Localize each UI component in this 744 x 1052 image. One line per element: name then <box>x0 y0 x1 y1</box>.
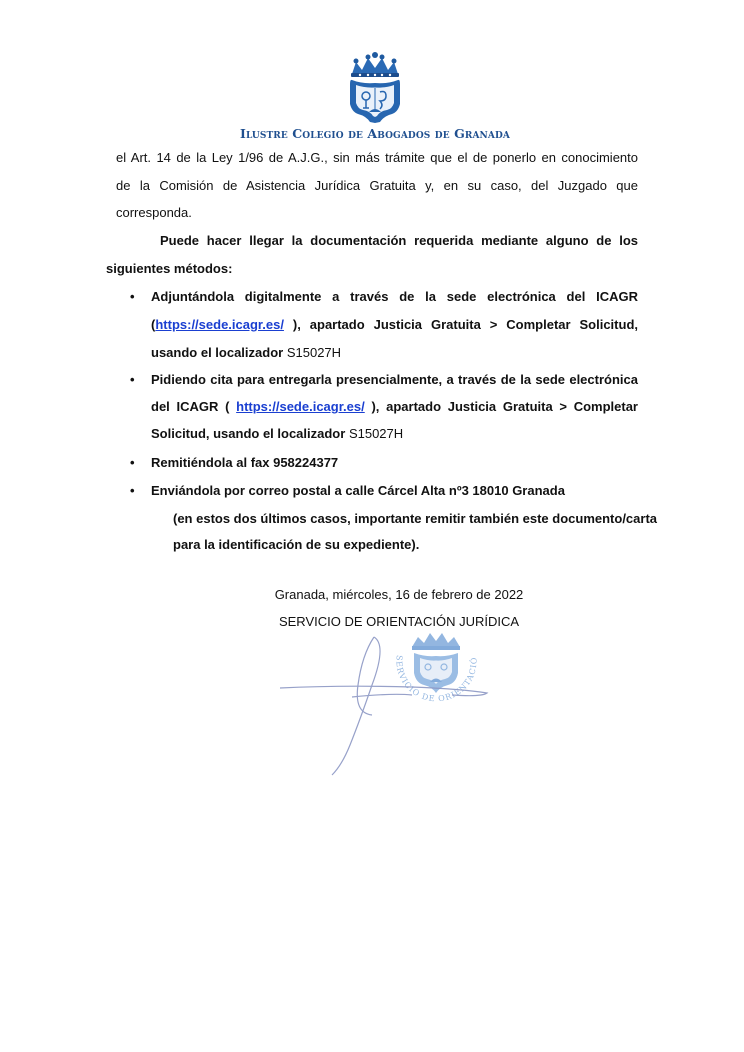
bullet-icon: • <box>130 372 135 387</box>
method-1-line-2: (https://sede.icagr.es/ ), apartado Just… <box>151 317 638 333</box>
bullet-icon: • <box>130 289 135 304</box>
bar-association-crest-icon <box>344 52 406 124</box>
method-1-line-1: Adjuntándola digitalmente a través de la… <box>151 289 638 305</box>
method-3-line-1: Remitiéndola al fax 958224377 <box>151 455 638 471</box>
date-line: Granada, miércoles, 16 de febrero de 202… <box>200 587 598 602</box>
note-line-1: (en estos dos últimos casos, importante … <box>173 511 657 527</box>
method-1-locator-label: usando el localizador <box>151 345 283 360</box>
bullet-icon: • <box>130 483 135 498</box>
letterhead: Ilustre Colegio de Abogados de Granada <box>240 52 510 144</box>
note-line-2: para la identificación de su expediente)… <box>173 537 419 553</box>
method-4-line-1: Enviándola por correo postal a calle Cár… <box>151 483 638 499</box>
method-2-line-2: del ICAGR ( https://sede.icagr.es/ ), ap… <box>151 399 638 415</box>
method-2-line-3: Solicitud, usando el localizador S15027H <box>151 426 638 442</box>
methods-intro-line-2: siguientes métodos: <box>106 261 232 277</box>
sede-link[interactable]: https://sede.icagr.es/ <box>236 399 365 414</box>
locator-code: S15027H <box>287 345 341 360</box>
method-2-line-1: Pidiendo cita para entregarla presencial… <box>151 372 638 388</box>
bullet-icon: • <box>130 455 135 470</box>
sede-link[interactable]: https://sede.icagr.es/ <box>155 317 284 332</box>
locator-code: S15027H <box>349 426 403 441</box>
institution-name: Ilustre Colegio de Abogados de Granada <box>240 126 510 141</box>
intro-line-1: el Art. 14 de la Ley 1/96 de A.J.G., sin… <box>116 150 638 166</box>
method-2-paren: del ICAGR ( <box>151 399 236 414</box>
method-1-line-2-text: ), apartado Justicia Gratuita > Completa… <box>284 317 638 332</box>
method-2-line-2-text: ), apartado Justicia Gratuita > Completa… <box>365 399 638 414</box>
intro-line-3: corresponda. <box>116 205 638 221</box>
signature-stamp: SERVICIO DE ORIENTACIÓN JURÍDICA <box>262 625 512 785</box>
method-2-locator-label: Solicitud, usando el localizador <box>151 426 345 441</box>
method-1-line-3: usando el localizador S15027H <box>151 345 638 361</box>
intro-line-2: de la Comisión de Asistencia Jurídica Gr… <box>116 178 638 194</box>
document-page: Ilustre Colegio de Abogados de Granada e… <box>0 0 744 1052</box>
methods-intro-line-1: Puede hacer llegar la documentación requ… <box>160 233 638 249</box>
